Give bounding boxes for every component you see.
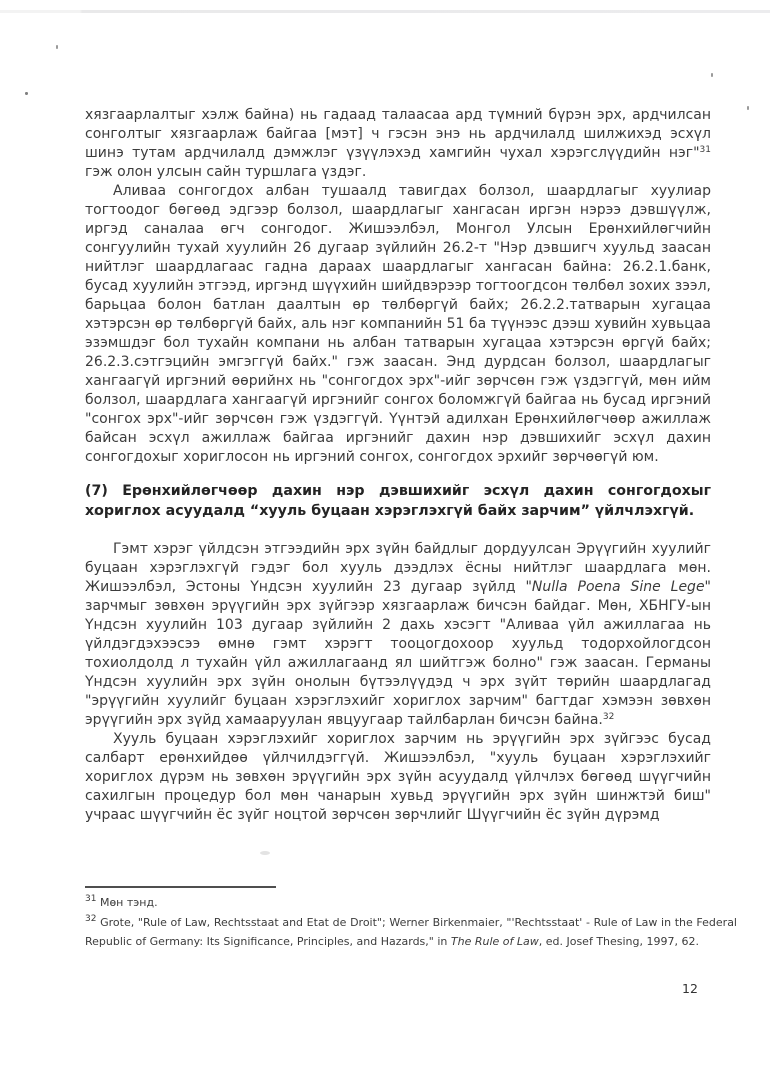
section-heading-7: (7) Ерөнхийлөгчөөр дахин нэр дэвшихийг э… <box>85 482 711 521</box>
superscript-ref: 31 <box>85 894 96 904</box>
text-segment: "Nulla Poena Sine Lege" <box>525 579 711 595</box>
text-segment: Мөн тэнд. <box>96 896 157 909</box>
footnotes-section: 31 Мөн тэнд. 32 Grote, "Rule of Law, Rec… <box>85 893 737 952</box>
footnote-32: 32 Grote, "Rule of Law, Rechtsstaat and … <box>85 913 737 952</box>
scan-artifact-top-line <box>0 10 770 13</box>
scan-speck <box>711 73 713 77</box>
text-segment: , ed. Josef Thesing, 1997, 62. <box>539 935 699 948</box>
text-segment: хязгаарлалтыг хэлж байна) нь гадаад тала… <box>85 107 711 161</box>
text-segment: Хууль буцаан хэрэглэхийг хориглох зарчим… <box>85 731 711 823</box>
document-body: хязгаарлалтыг хэлж байна) нь гадаад тала… <box>85 106 711 825</box>
scan-speck <box>747 106 749 110</box>
superscript-ref: 32 <box>603 712 614 722</box>
scanned-document-page: хязгаарлалтыг хэлж байна) нь гадаад тала… <box>0 0 770 1088</box>
scan-speck <box>25 92 28 95</box>
superscript-ref: 32 <box>85 914 96 924</box>
scan-speck <box>56 45 58 49</box>
text-segment: (7) Ерөнхийлөгчөөр дахин нэр дэвшихийг э… <box>85 483 711 519</box>
paragraph-non-retroactivity: Гэмт хэрэг үйлдсэн этгээдийн эрх зүйн ба… <box>85 540 711 730</box>
text-segment: зарчмыг зөвхөн эрүүгийн эрх зүйгээр хязг… <box>85 598 711 728</box>
text-segment: Аливаа сонгогдох албан тушаалд тавигдах … <box>85 183 711 465</box>
text-segment: The Rule of Law <box>451 935 539 948</box>
scan-smudge <box>260 851 270 855</box>
page-number: 12 <box>682 981 698 996</box>
footnote-separator-rule <box>85 886 276 888</box>
paragraph-election-requirements: Аливаа сонгогдох албан тушаалд тавигдах … <box>85 182 711 467</box>
superscript-ref: 31 <box>700 145 711 155</box>
paragraph-continuation: хязгаарлалтыг хэлж байна) нь гадаад тала… <box>85 106 711 182</box>
paragraph-criminal-law-scope: Хууль буцаан хэрэглэхийг хориглох зарчим… <box>85 730 711 825</box>
footnote-31: 31 Мөн тэнд. <box>85 893 737 913</box>
text-segment: гэж олон улсын сайн туршлага үздэг. <box>85 164 366 180</box>
